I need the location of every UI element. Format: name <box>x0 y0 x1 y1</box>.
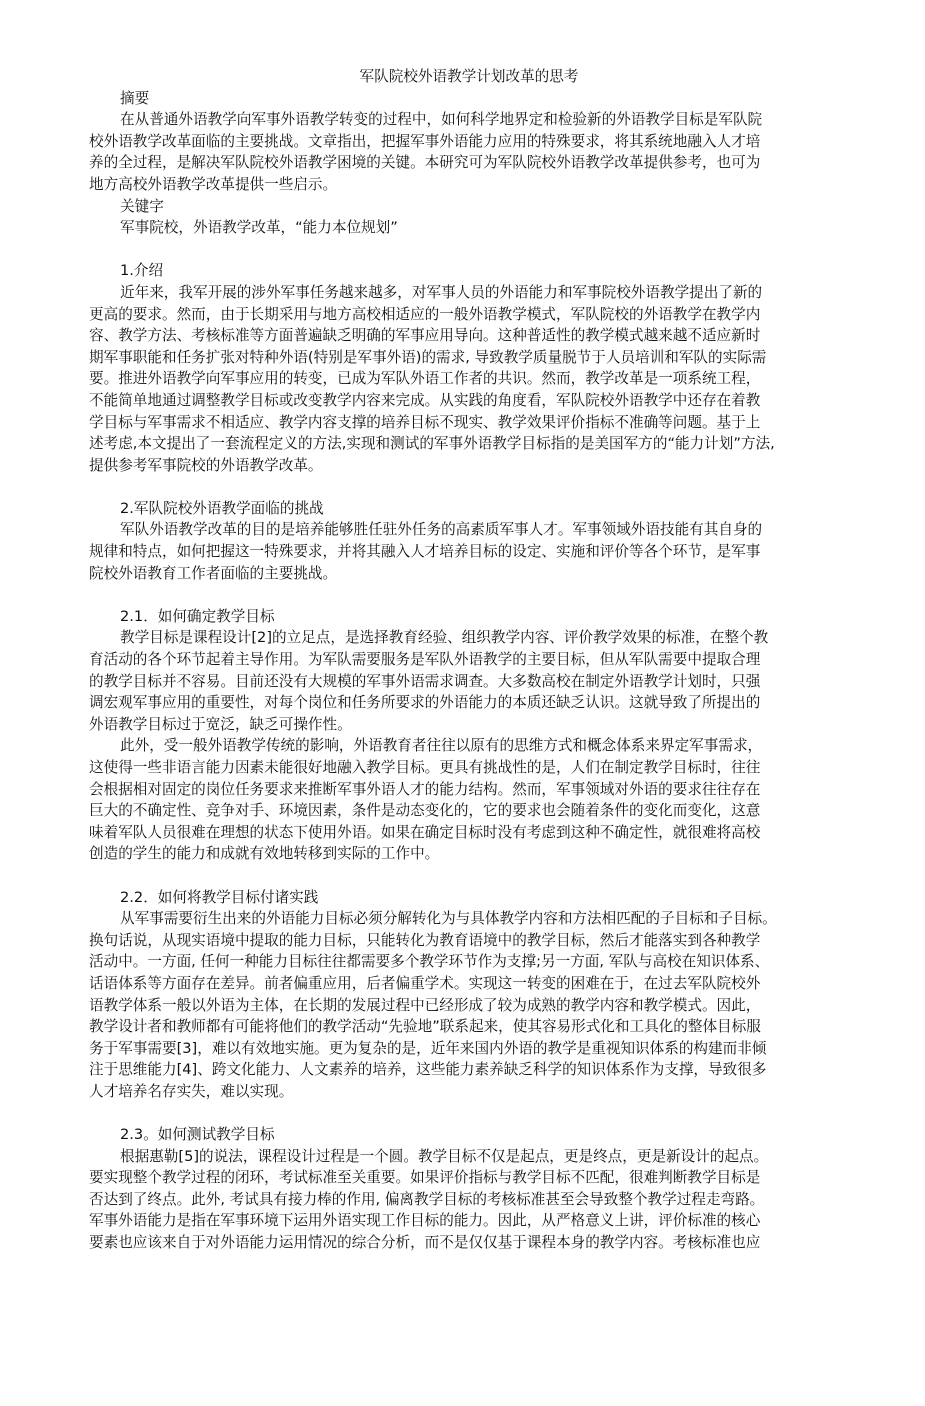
document-title: 军队院校外语教学计划改革的思考 <box>89 66 849 88</box>
text-line: 语教学体系一般以外语为主体，在长期的发展过程中已经形成了较为成熟的教学内容和教学… <box>89 995 849 1017</box>
paragraph: 此外，受一般外语教学传统的影响，外语教育者往往以原有的思维方式和概念体系来界定军… <box>89 735 849 865</box>
text-line: 提供参考军事院校的外语教学改革。 <box>89 455 849 477</box>
paragraph: 根据惠勒[5]的说法，课程设计过程是一个圆。教学目标不仅是起点，更是终点，更是新… <box>89 1146 849 1254</box>
text-line: 外语教学目标过于宽泛，缺乏可操作性。 <box>89 714 849 736</box>
text-line: 的教学目标并不容易。目前还没有大规模的军事外语需求调查。大多数高校在制定外语教学… <box>89 671 849 693</box>
paragraph: 近年来，我军开展的涉外军事任务越来越多，对军事人员的外语能力和军事院校外语教学提… <box>89 282 849 476</box>
keywords-heading: 关键字 <box>89 196 849 218</box>
section-heading: 1.介绍 <box>89 260 849 282</box>
text-line: 规律和特点，如何把握这一特殊要求，并将其融入人才培养目标的设定、实施和评价等各个… <box>89 541 849 563</box>
text-line: 调宏观军事应用的重要性，对每个岗位和任务所要求的外语能力的本质还缺乏认识。这就导… <box>89 692 849 714</box>
text-line: 话语体系等方面存在差异。前者偏重应用，后者偏重学术。实现这一转变的困难在于，在过… <box>89 973 849 995</box>
subsection-heading: 2.1．如何确定教学目标 <box>89 606 849 628</box>
text-line: 教学设计者和教师都有可能将他们的教学活动“先验地”联系起来，使其容易形式化和工具… <box>89 1016 849 1038</box>
subsection-heading: 2.2．如何将教学目标付诸实践 <box>89 887 849 909</box>
text-line: 否达到了终点。此外, 考试具有接力棒的作用, 偏离教学目标的考核标准甚至会导致整… <box>89 1189 849 1211</box>
section-heading: 2.军队院校外语教学面临的挑战 <box>89 498 849 520</box>
text-line: 地方高校外语教学改革提供一些启示。 <box>89 174 849 196</box>
text-line: 要。推进外语教学向军事应用的转变，已成为军队外语工作者的共识。然而，教学改革是一… <box>89 368 849 390</box>
text-line: 更高的要求。然而，由于长期采用与地方高校相适应的一般外语教学模式，军队院校的外语… <box>89 304 849 326</box>
abstract-paragraph: 在从普通外语教学向军事外语教学转变的过程中，如何科学地界定和检验新的外语教学目标… <box>89 109 849 195</box>
text-line: 根据惠勒[5]的说法，课程设计过程是一个圆。教学目标不仅是起点，更是终点，更是新… <box>89 1146 849 1168</box>
text-line: 会根据相对固定的岗位任务要求来推断军事外语人才的能力结构。然而，军事领域对外语的… <box>89 779 849 801</box>
text-line: 从军事需要衍生出来的外语能力目标必须分解转化为与具体教学内容和方法相匹配的子目标… <box>89 908 849 930</box>
text-line: 不能简单地通过调整教学目标或改变教学内容来完成。从实践的角度看，军队院校外语教学… <box>89 390 849 412</box>
text-line: 要实现整个教学过程的闭环，考试标准至关重要。如果评价指标与教学目标不匹配，很难判… <box>89 1167 849 1189</box>
text-line: 注于思维能力[4]、跨文化能力、人文素养的培养，这些能力素养缺乏科学的知识体系作… <box>89 1059 849 1081</box>
text-line: 这使得一些非语言能力因素未能很好地融入教学目标。更具有挑战性的是，人们在制定教学… <box>89 757 849 779</box>
subsection-heading: 2.3。如何测试教学目标 <box>89 1124 849 1146</box>
text-line: 养的全过程，是解决军队院校外语教学困境的关键。本研究可为军队院校外语教学改革提供… <box>89 152 849 174</box>
text-line: 教学目标是课程设计[2]的立足点，是选择教育经验、组织教学内容、评价教学效果的标… <box>89 627 849 649</box>
document-page: 军队院校外语教学计划改革的思考 摘要 在从普通外语教学向军事外语教学转变的过程中… <box>89 66 849 1254</box>
text-line: 院校外语教育工作者面临的主要挑战。 <box>89 563 849 585</box>
paragraph: 军队外语教学改革的目的是培养能够胜任驻外任务的高素质军事人才。军事领域外语技能有… <box>89 519 849 584</box>
text-line: 换句话说，从现实语境中提取的能力目标，只能转化为教育语境中的教学目标，然后才能落… <box>89 930 849 952</box>
paragraph: 从军事需要衍生出来的外语能力目标必须分解转化为与具体教学内容和方法相匹配的子目标… <box>89 908 849 1102</box>
keywords-line: 军事院校，外语教学改革，“能力本位规划” <box>89 217 849 239</box>
text-line: 务于军事需要[3]，难以有效地实施。更为复杂的是，近年来国内外语的教学是重视知识… <box>89 1038 849 1060</box>
text-line: 容、教学方法、考核标准等方面普遍缺乏明确的军事应用导向。这种普适性的教学模式越来… <box>89 325 849 347</box>
paragraph: 教学目标是课程设计[2]的立足点，是选择教育经验、组织教学内容、评价教学效果的标… <box>89 627 849 735</box>
text-line: 巨大的不确定性、竞争对手、环境因素，条件是动态变化的，它的要求也会随着条件的变化… <box>89 800 849 822</box>
abstract-heading: 摘要 <box>89 88 849 110</box>
text-line: 校外语教学改革面临的主要挑战。文章指出，把握军事外语能力应用的特殊要求，将其系统… <box>89 131 849 153</box>
text-line: 在从普通外语教学向军事外语教学转变的过程中，如何科学地界定和检验新的外语教学目标… <box>89 109 849 131</box>
text-line: 味着军队人员很难在理想的状态下使用外语。如果在确定目标时没有考虑到这种不确定性，… <box>89 822 849 844</box>
text-line: 育活动的各个环节起着主导作用。为军队需要服务是军队外语教学的主要目标，但从军队需… <box>89 649 849 671</box>
text-line: 期军事职能和任务扩张对特种外语(特别是军事外语)的需求, 导致教学质量脱节于人员… <box>89 347 849 369</box>
text-line: 活动中。一方面, 任何一种能力目标往往都需要多个教学环节作为支撑;另一方面, 军… <box>89 951 849 973</box>
text-line: 述考虑,本文提出了一套流程定义的方法,实现和测试的军事外语教学目标指的是美国军方… <box>89 433 849 455</box>
text-line: 学目标与军事需求不相适应、教学内容支撑的培养目标不现实、教学效果评价指标不准确等… <box>89 412 849 434</box>
text-line: 创造的学生的能力和成就有效地转移到实际的工作中。 <box>89 843 849 865</box>
text-line: 人才培养名存实失，难以实现。 <box>89 1081 849 1103</box>
text-line: 要素也应该来自于对外语能力运用情况的综合分析，而不是仅仅基于课程本身的教学内容。… <box>89 1232 849 1254</box>
text-line: 此外，受一般外语教学传统的影响，外语教育者往往以原有的思维方式和概念体系来界定军… <box>89 735 849 757</box>
text-line: 军队外语教学改革的目的是培养能够胜任驻外任务的高素质军事人才。军事领域外语技能有… <box>89 519 849 541</box>
text-line: 近年来，我军开展的涉外军事任务越来越多，对军事人员的外语能力和军事院校外语教学提… <box>89 282 849 304</box>
text-line: 军事外语能力是指在军事环境下运用外语实现工作目标的能力。因此，从严格意义上讲，评… <box>89 1210 849 1232</box>
